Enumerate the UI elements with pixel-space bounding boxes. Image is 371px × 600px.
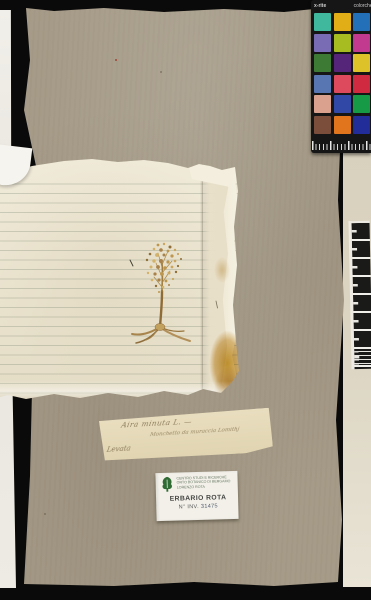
color-patch <box>314 13 331 31</box>
color-checker-patches <box>314 13 370 134</box>
color-checker-card: x-rite colorchecker <box>311 0 371 153</box>
colorchecker-title-text: colorchecker <box>354 3 371 9</box>
color-patch <box>353 34 370 52</box>
xrite-brand-text: x-rite <box>314 3 326 9</box>
color-patch <box>353 75 370 93</box>
panicle-seeds <box>146 243 182 293</box>
color-patch <box>314 75 331 93</box>
herbarium-title: ERBARIO ROTA <box>161 494 235 503</box>
handwritten-species-name: Aira minuta L. — <box>120 417 192 430</box>
color-patch <box>314 34 331 52</box>
color-patch <box>353 54 370 72</box>
handwritten-place-word: Levata <box>106 444 131 454</box>
botanic-garden-logo-icon <box>160 476 173 493</box>
herbarium-sheet-photo: Aira minuta L. — Monchetto da muraccia L… <box>0 0 371 600</box>
inventory-number: 31475 <box>201 503 218 509</box>
color-patch <box>334 95 351 113</box>
institution-line: LORENZO ROTA <box>177 484 231 490</box>
color-patch <box>314 95 331 113</box>
color-patch <box>334 75 351 93</box>
inventory-number-line: N° INV.31475 <box>161 503 235 511</box>
cardboard-speckles <box>14 6 16 8</box>
color-patch <box>334 54 351 72</box>
color-patch <box>353 13 370 31</box>
color-checker-header: x-rite colorchecker <box>311 0 371 12</box>
color-patch <box>334 116 351 134</box>
color-checker-ruler-ticks <box>312 141 371 150</box>
specimen-paper <box>0 157 244 403</box>
herbarium-stamp-label: CENTRO STUDI E RICERCHE ORTO BOTANICO DI… <box>155 471 238 521</box>
plant-specimen <box>128 239 220 347</box>
inventory-label: N° INV. <box>179 504 199 511</box>
handwritten-locality-note: Monchetto da muraccia Lomithj <box>149 427 239 439</box>
color-patch <box>353 116 370 134</box>
color-patch <box>314 54 331 72</box>
institution-text: CENTRO STUDI E RICERCHE ORTO BOTANICO DI… <box>176 474 230 490</box>
color-patch <box>353 95 370 113</box>
photo-scale-ruler <box>348 221 371 369</box>
color-patch <box>334 13 351 31</box>
color-patch <box>334 34 351 52</box>
color-patch <box>314 116 331 134</box>
